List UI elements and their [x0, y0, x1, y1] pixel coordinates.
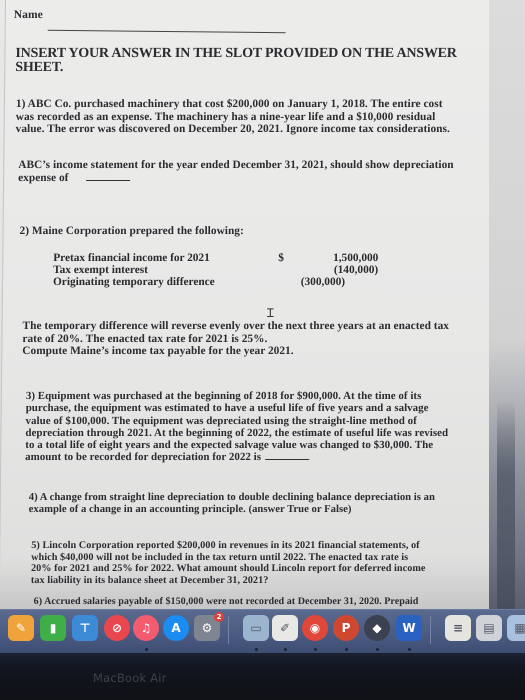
question-3-line: depreciation through 2021. At the beginn… — [25, 427, 448, 439]
question-1-prompt-line: ABC’s income statement for the year ende… — [18, 159, 454, 172]
question-1-prompt: ABC’s income statement for the year ende… — [18, 159, 454, 184]
document-icon[interactable]: ≡ — [445, 615, 471, 641]
document-page: Name INSERT YOUR ANSWER IN THE SLOT PROV… — [0, 0, 502, 615]
question-6: 6) Accrued salaries payable of $150,000 … — [34, 596, 419, 607]
question-2-body: The temporary difference will reverse ev… — [22, 320, 449, 358]
question-3-line: to a total life of eight years and the e… — [25, 439, 448, 451]
scrollbar[interactable] — [497, 400, 515, 615]
powerpoint-icon[interactable]: P — [333, 615, 359, 641]
text-cursor-icon: Ɪ — [267, 304, 274, 321]
laptop-bezel — [0, 653, 525, 700]
question-2-line: Compute Maine’s income tax payable for t… — [22, 345, 449, 358]
running-indicator — [255, 648, 258, 651]
dock-divider — [228, 616, 229, 644]
answer-blank-3 — [265, 451, 309, 460]
question-3-line: 3) Equipment was purchased at the beginn… — [26, 390, 449, 402]
word-icon[interactable]: W — [396, 615, 422, 641]
window-icon[interactable]: ▦ — [507, 615, 525, 641]
dock: ✎▮⊤⊘♫A⚙2▭✐◉P◆W≡▤▦ — [0, 609, 525, 653]
question-1: 1) ABC Co. purchased machinery that cost… — [16, 98, 451, 136]
dock-divider — [430, 616, 431, 644]
running-indicator — [314, 648, 317, 651]
question-1-prompt-line: expense of — [18, 172, 69, 184]
pages-icon[interactable]: ✎ — [8, 615, 34, 641]
music-icon[interactable]: ♫ — [133, 615, 159, 641]
question-4-line: 4) A change from straight line depreciat… — [29, 492, 435, 504]
question-2-heading: 2) Maine Corporation prepared the follow… — [20, 225, 244, 238]
instructions-line: INSERT YOUR ANSWER IN THE SLOT PROVIDED … — [15, 47, 456, 61]
chrome-icon[interactable]: ◉ — [302, 615, 328, 641]
running-indicator — [376, 648, 379, 651]
screen: Name INSERT YOUR ANSWER IN THE SLOT PROV… — [0, 0, 525, 615]
row-label: Pretax financial income for 2021 — [53, 252, 210, 264]
running-indicator — [408, 648, 411, 651]
question-4: 4) A change from straight line depreciat… — [29, 492, 435, 516]
notification-badge: 2 — [214, 612, 224, 622]
question-4-line: example of a change in an accounting pri… — [29, 504, 435, 516]
question-1-line: was recorded as an expense. The machiner… — [16, 111, 450, 124]
question-3: 3) Equipment was purchased at the beginn… — [25, 390, 448, 464]
running-indicator — [345, 648, 348, 651]
question-6-line: 6) Accrued salaries payable of $150,000 … — [34, 596, 419, 607]
question-5-line: 5) Lincoln Corporation reported $200,000… — [31, 540, 426, 552]
brand-label: MacBook Air — [93, 671, 167, 685]
answer-blank-1 — [86, 172, 130, 181]
question-3-line: value of $100,000. The equipment was dep… — [26, 415, 449, 427]
gear-icon[interactable]: ⚙2 — [194, 615, 220, 641]
question-2-line: The temporary difference will reverse ev… — [23, 320, 450, 333]
numbers-icon[interactable]: ▮ — [40, 615, 66, 641]
name-answer-line — [48, 30, 286, 33]
screenshot-icon[interactable]: ▤ — [476, 615, 502, 641]
row-amount: (140,000) — [298, 264, 378, 276]
name-label: Name — [14, 9, 43, 22]
instructions: INSERT YOUR ANSWER IN THE SLOT PROVIDED … — [15, 47, 457, 75]
question-5: 5) Lincoln Corporation reported $200,000… — [31, 540, 426, 586]
textedit-icon[interactable]: ✐ — [272, 615, 298, 641]
question-5-line: which $40,000 will not be included in th… — [31, 552, 426, 564]
question-1-line: 1) ABC Co. purchased machinery that cost… — [16, 98, 450, 111]
question-3-line: amount to be recorded for depreciation f… — [25, 451, 261, 463]
question-5-line: tax liability in its balance sheet at De… — [31, 575, 426, 587]
question-5-line: 20% for 2021 and 25% for 2022. What amou… — [31, 563, 426, 575]
app-store-icon[interactable]: A — [163, 615, 189, 641]
running-indicator — [145, 648, 148, 651]
question-3-line: purchase, the equipment was estimated to… — [26, 402, 449, 414]
row-amount: 1,500,000 — [298, 252, 378, 264]
news-icon[interactable]: ⊘ — [104, 615, 130, 641]
instructions-line: SHEET. — [15, 61, 456, 75]
row-currency: $ — [278, 252, 284, 264]
rocket-icon[interactable]: ◆ — [364, 615, 390, 641]
keynote-icon[interactable]: ⊤ — [72, 615, 98, 641]
preview-icon[interactable]: ▭ — [243, 615, 269, 641]
row-label: Tax exempt interest — [53, 264, 148, 276]
row-amount: (300,000) — [265, 276, 345, 288]
running-indicator — [284, 648, 287, 651]
question-1-line: value. The error was discovered on Decem… — [16, 123, 450, 136]
question-2-line: rate of 20%. The enacted tax rate for 20… — [22, 333, 449, 346]
row-label: Originating temporary difference — [53, 276, 215, 288]
